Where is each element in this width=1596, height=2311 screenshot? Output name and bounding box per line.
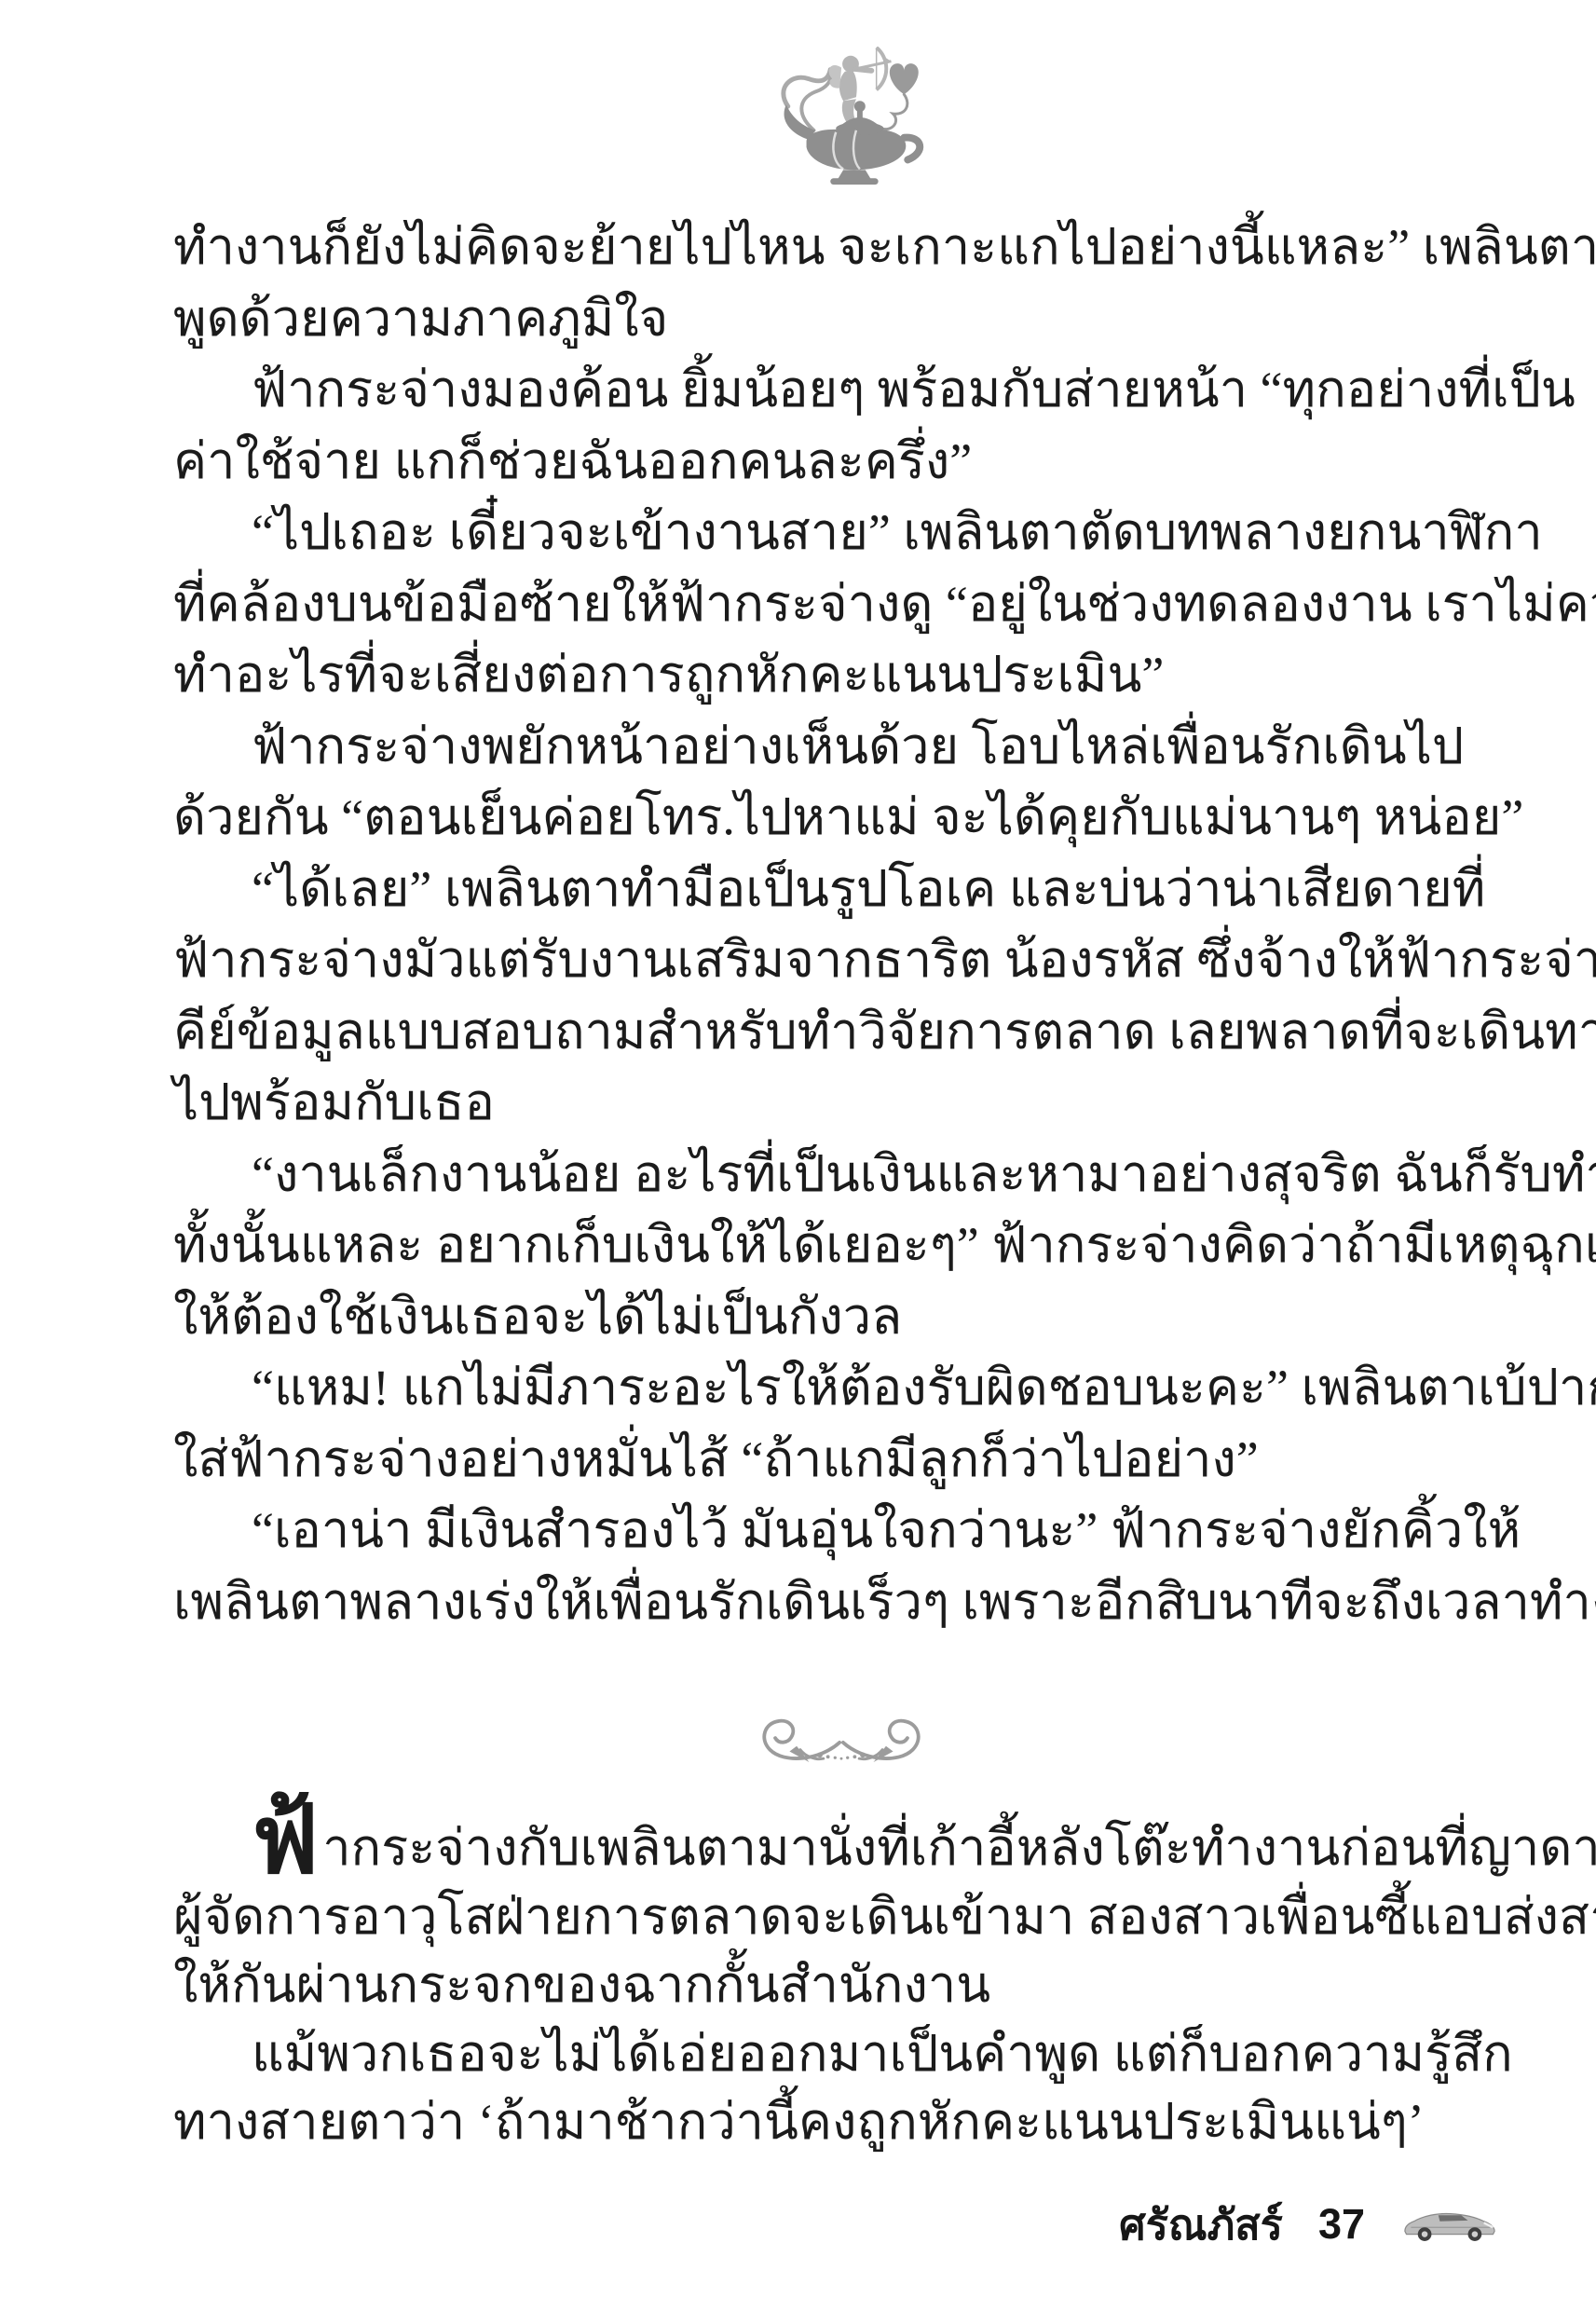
text-line: ฟ้ากระจ่างพยักหน้าอย่างเห็นด้วย โอบไหล่เ… — [173, 711, 1445, 783]
page-number: 37 — [1318, 2200, 1365, 2249]
text-line: เพลินตาพลางเร่งให้เพื่อนรักเดินเร็วๆ เพร… — [173, 1566, 1445, 1638]
text-line: ด้วยกัน “ตอนเย็นค่อยโทร.ไปหาแม่ จะได้คุย… — [173, 782, 1445, 854]
dropcap-line: ฟ้ากระจ่างกับเพลินตามานั่งที่เก้าอี้หลัง… — [173, 1814, 1445, 1883]
text-line: “ไปเถอะ เดี๋ยวจะเข้างานสาย” เพลินตาตัดบท… — [173, 497, 1445, 568]
section-after-break: ฟ้ากระจ่างกับเพลินตามานั่งที่เก้าอี้หลัง… — [173, 1814, 1445, 2157]
drop-cap: ฟ้ — [252, 1788, 319, 1894]
text-line: ทำอะไรที่จะเสี่ยงต่อการถูกหักคะแนนประเมิ… — [173, 639, 1445, 711]
author-name: ศรัณภัสร์ — [1119, 2191, 1283, 2258]
text-line: พูดด้วยความภาคภูมิใจ — [173, 283, 1445, 355]
text-line: ที่คล้องบนข้อมือซ้ายให้ฟ้ากระจ่างดู “อยู… — [173, 568, 1445, 640]
text-line: “เอาน่า มีเงินสำรองไว้ มันอุ่นใจกว่านะ” … — [173, 1495, 1445, 1566]
text-line: ค่าใช้จ่าย แกก็ช่วยฉันออกคนละครึ่ง” — [173, 426, 1445, 498]
text-line: ฟ้ากระจ่างมัวแต่รับงานเสริมจากธาริต น้อง… — [173, 924, 1445, 996]
text-line: “แหม! แกไม่มีภาระอะไรให้ต้องรับผิดชอบนะค… — [173, 1352, 1445, 1424]
text-line: ให้กันผ่านกระจกของฉากกั้นสำนักงาน — [173, 1951, 1445, 2020]
page-text-block: ทำงานก็ยังไม่คิดจะย้ายไปไหน จะเกาะแกไปอย… — [173, 212, 1445, 1637]
text-line: “ได้เลย” เพลินตาทำมือเป็นรูปโอเค และบ่นว… — [173, 854, 1445, 925]
book-page: ทำงานก็ยังไม่คิดจะย้ายไปไหน จะเกาะแกไปอย… — [0, 0, 1596, 2311]
text-line: ให้ต้องใช้เงินเธอจะได้ไม่เป็นกังวล — [173, 1281, 1445, 1353]
text-line: ใส่ฟ้ากระจ่างอย่างหมั่นไส้ “ถ้าแกมีลูกก็… — [173, 1424, 1445, 1496]
text-line: คีย์ข้อมูลแบบสอบถามสำหรับทำวิจัยการตลาด … — [173, 996, 1445, 1068]
sports-car-icon — [1400, 2205, 1499, 2244]
text-line: ฟ้ากระจ่างมองค้อน ยิ้มน้อยๆ พร้อมกับส่าย… — [173, 354, 1445, 426]
genie-lamp-cupid-icon — [771, 47, 928, 186]
flourish-divider-icon — [734, 1702, 948, 1780]
text-line: แม้พวกเธอจะไม่ได้เอ่ยออกมาเป็นคำพูด แต่ก… — [173, 2020, 1445, 2089]
text-line: ไปพร้อมกับเธอ — [173, 1067, 1445, 1139]
text-line: ทำงานก็ยังไม่คิดจะย้ายไปไหน จะเกาะแกไปอย… — [173, 212, 1445, 283]
text-line: ทางสายตาว่า ‘ถ้ามาช้ากว่านี้คงถูกหักคะแน… — [173, 2088, 1445, 2157]
text-line: ทั้งนั้นแหละ อยากเก็บเงินให้ได้เยอะๆ” ฟ้… — [173, 1210, 1445, 1281]
text-line: ผู้จัดการอาวุโสฝ่ายการตลาดจะเดินเข้ามา ส… — [173, 1883, 1445, 1952]
text-line: ากระจ่างกับเพลินตามานั่งที่เก้าอี้หลังโต… — [322, 1820, 1596, 1876]
text-line: “งานเล็กงานน้อย อะไรที่เป็นเงินและหามาอย… — [173, 1139, 1445, 1210]
page-footer: ศรัณภัสร์ 37 — [1119, 2192, 1499, 2257]
